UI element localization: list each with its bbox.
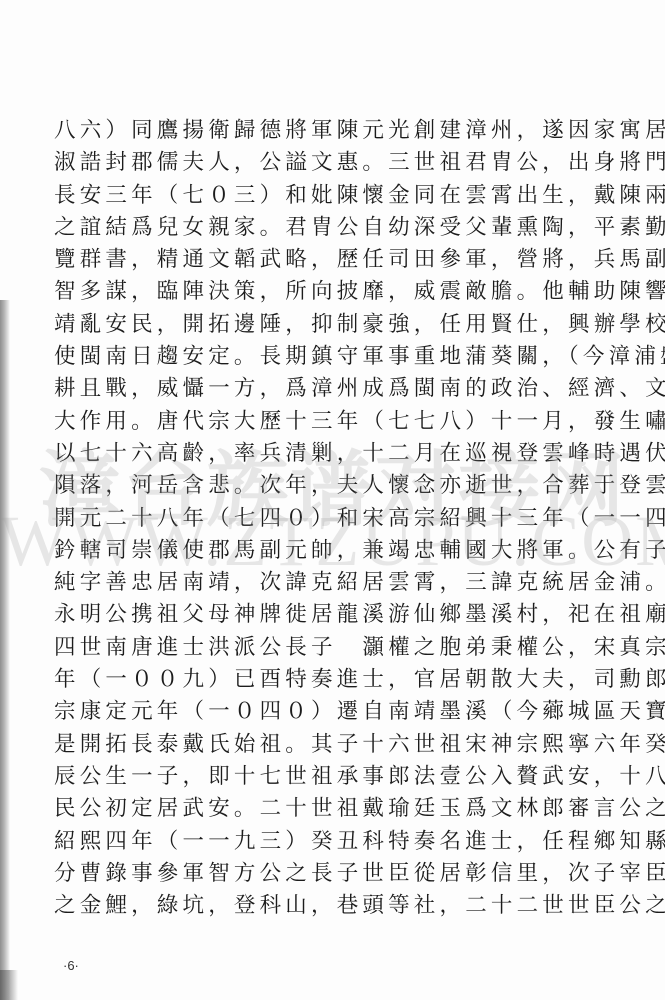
text-line: 之誼結爲兒女親家。君胄公自幼深受父輩熏陶，平素勤奮好學，博 [54,212,614,244]
page-number: ·6· [63,958,79,973]
text-line: 四世南唐進士洪派公長子 灝權之胞弟秉權公，宋真宗大中祥符二 [54,632,614,664]
text-line: 民公初定居武安。二十世祖戴瑜廷玉爲文林郎審言公之子，宋光宗 [54,793,614,825]
text-line: 長安三年（七０三）和妣陳懷金同在雲霄出生，戴陳兩家逐以世交 [54,180,614,212]
text-line: 耕且戰，威懾一方，爲漳州成爲閩南的政治、經濟、文化中心起重 [54,373,614,405]
text-line: 使閩南日趨安定。長期鎮守軍事重地蒲葵關，（今漳浦盤陀嶺）且 [54,341,614,373]
text-line: 開元二十八年（七四０）和宋高宗紹興十三年（一一四三）追封爲 [54,503,614,535]
body-text: 八六）同鷹揚衛歸德將軍陳元光創建漳州，遂因家寓居，妣方氏貞 淑誥封郡儒夫人，公謚… [54,115,614,922]
text-line: 以七十六高齡，率兵清剿，十二月在巡視登雲峰時遇伏身亡，將星 [54,438,614,470]
text-line: 宗康定元年（一０四０）遷自南靖墨溪（今薌城區天寶鎮墨溪村）， [54,696,614,728]
text-line: 純字善忠居南靖，次諱克紹居雲霄，三諱克統居金浦。后來五世祖 [54,567,614,599]
scanned-page: 八六）同鷹揚衛歸德將軍陳元光創建漳州，遂因家寓居，妣方氏貞 淑誥封郡儒夫人，公謚… [0,0,665,1000]
text-line: 辰公生一子，即十七世祖承事郎法壹公入贅武安，十八世文林郎子 [54,761,614,793]
text-line: 是開拓長泰戴氏始祖。其子十六世祖宋神宗熙寧六年癸丑科進士禹 [54,729,614,761]
text-line: 分曹錄事參軍智方公之長子世臣從居彰信里，次子宰臣開居欽化里 [54,858,614,890]
text-line: 八六）同鷹揚衛歸德將軍陳元光創建漳州，遂因家寓居，妣方氏貞 [54,115,614,147]
scan-shadow-edge [0,300,10,1000]
text-line: 大作用。唐代宗大歷十三年（七七八）十一月，發生嘯亂，君胄公 [54,406,614,438]
text-line: 紹熙四年（一一九三）癸丑科特奏名進士，任程鄉知縣，二十一世 [54,826,614,858]
text-line: 靖亂安民，開拓邊陲，抑制豪強，任用賢仕，興辦學校，厲行法制， [54,309,614,341]
text-line: 淑誥封郡儒夫人，公謚文惠。三世祖君胄公，出身將門，于唐武后 [54,147,614,179]
text-line: 鈐轄司崇儀使郡馬副元帥，兼竭忠輔國大將軍。公有子三，長諱克 [54,535,614,567]
text-line: 智多謀，臨陣決策，所向披靡，威震敵膽。他輔助陳響（元光子） [54,276,614,308]
scan-shadow-corner [0,970,18,1000]
text-line: 之金鯉，綠坑，登科山，巷頭等社，二十二世世臣公之長子真泰公 [54,890,614,922]
text-line: 永明公携祖父母神牌徙居龍溪游仙鄉墨溪村，祀在祖廟。衍傳至十 [54,599,614,631]
text-line: 隕落，河岳含悲。次年，夫人懷念亦逝世，合葬于登雲峰。唐玄宗 [54,470,614,502]
text-line: 覽群書，精通文韜武略，歷任司田參軍，營將，兵馬副指揮使，足 [54,244,614,276]
text-line: 年（一００九）已酉特奏進士，官居朝散大夫，司勳郎中。于宋仁 [54,664,614,696]
